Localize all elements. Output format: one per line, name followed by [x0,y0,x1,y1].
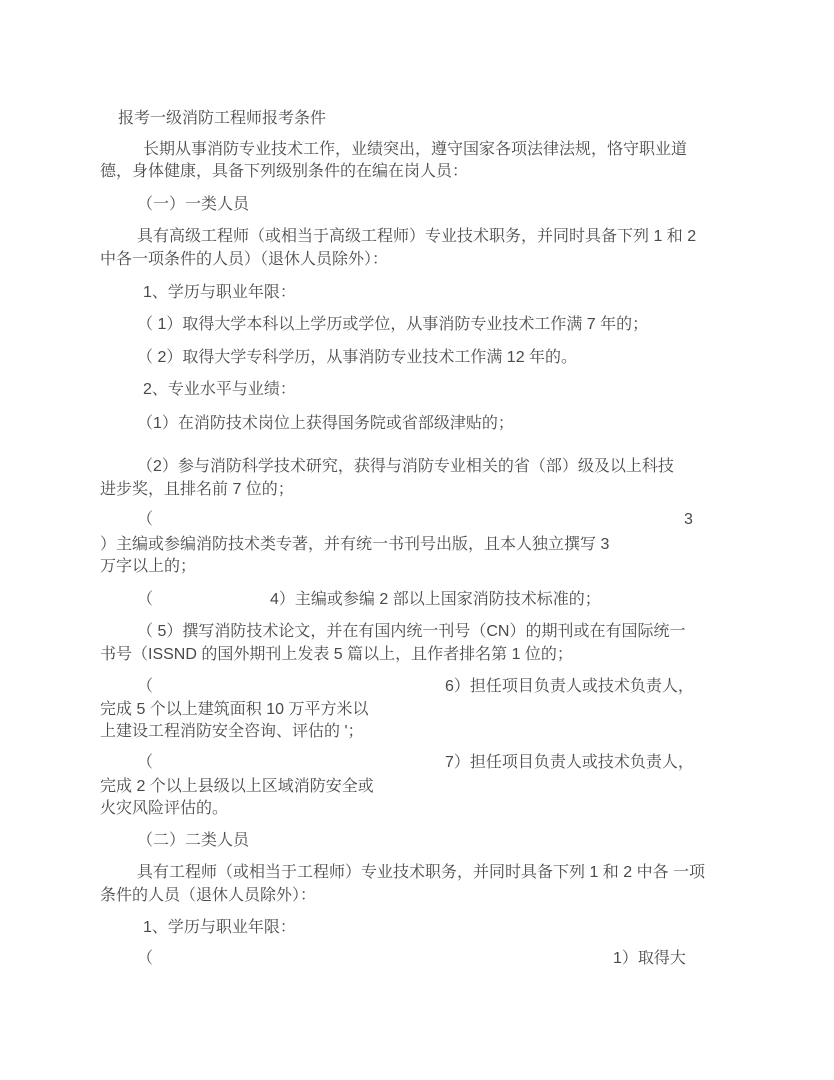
text-line: 德，身体健康，具备下列级别条件的在编在岗人员： [100,162,468,182]
text-line: 中各一项条件的人员）（退休人员除外）： [100,250,388,270]
text-line: （二）二类人员 [137,831,249,851]
text-segment: 4）主编或参编 2 部以上国家消防技术标准的； [270,590,601,610]
text-line: 1、学历与职业年限： [143,283,296,303]
text-line: 具有工程师（或相当于工程师）专业技术职务，并同时具备下列 1 和 2 中各 一项 [137,863,705,883]
text-segment: （ [137,510,153,530]
text-segment: （ [137,677,153,697]
text-line: 2、专业水平与业绩： [143,380,296,400]
text-line: （1）在消防技术岗位上获得国务院或省部级津贴的； [137,414,514,434]
text-segment: （ [137,753,153,773]
text-line: 万字以上的； [100,557,196,577]
text-line: 1、学历与职业年限： [143,918,296,938]
text-segment: 1）取得大 [613,949,686,969]
text-line: 火灾风险评估的。 [100,799,228,819]
text-line: （ 1）取得大学本科以上学历或学位，从事消防专业技术工作满 7 年的； [137,315,648,335]
text-segment: 6）担任项目负责人或技术负责人， [445,677,694,697]
document-page: 报考一级消防工程师报考条件长期从事消防专业技术工作，业绩突出，遵守国家各项法律法… [0,0,834,1080]
text-line: 完成 2 个以上县级以上区域消防安全或 [100,777,374,797]
text-line: 进步奖，且排名前 7 位的； [100,480,294,500]
text-segment: （ [137,590,153,610]
text-line: （ 5）撰写消防技术论文，并在有国内统一刊号（CN）的期刊或在有国际统一 [137,622,685,642]
text-segment: 7）担任项目负责人或技术负责人， [445,753,694,773]
text-line: 完成 5 个以上建筑面积 10 万平方米以 [100,700,368,720]
text-line: ）主编或参编消防技术类专著，并有统一书刊号出版，且本人独立撰写 3 [100,535,609,555]
text-line: 条件的人员（退休人员除外）： [100,886,316,906]
text-line: （ 2）取得大学专科学历，从事消防专业技术工作满 12 年的。 [137,348,577,368]
text-line: （2）参与消防科学技术研究，获得与消防专业相关的省（部）级及以上科技 [137,457,674,477]
text-line: 上建设工程消防安全咨询、评估的 '； [100,722,364,742]
text-line: 报考一级消防工程师报考条件 [118,109,326,129]
text-line: （一）一类人员 [137,195,249,215]
text-line: 具有高级工程师（或相当于高级工程师）专业技术职务，并同时具备下列 1 和 2 [137,227,696,247]
text-line: 长期从事消防专业技术工作，业绩突出，遵守国家各项法律法规，恪守职业道 [143,140,687,160]
text-segment: （ [137,949,153,969]
text-segment: 3 [684,510,693,530]
text-line: 书号（ISSND 的国外期刊上发表 5 篇以上，且作者排名第 1 位的； [100,645,573,665]
